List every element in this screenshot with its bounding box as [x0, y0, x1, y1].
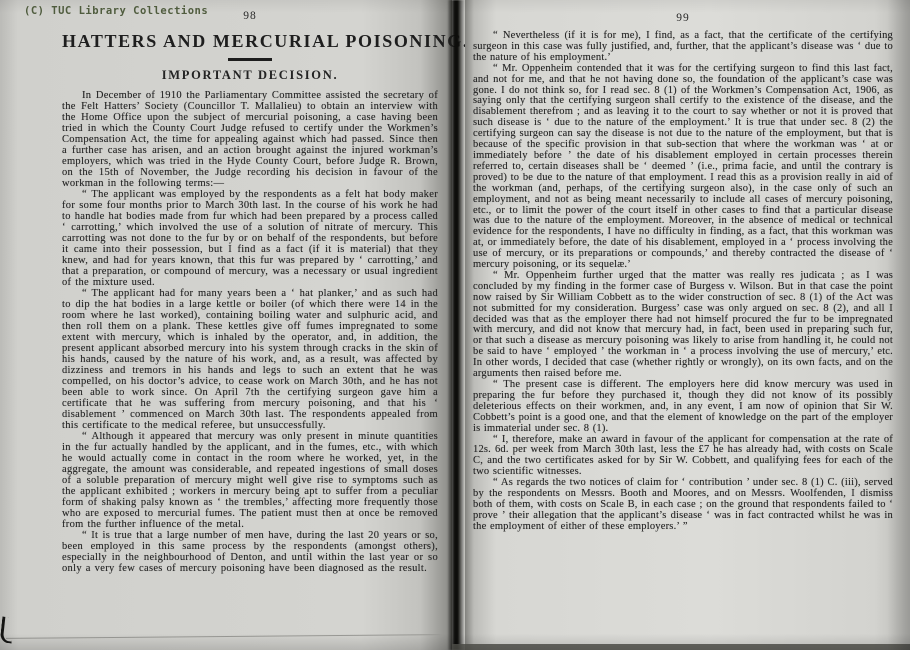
- paragraph: “ I, therefore, make an award in favour …: [473, 435, 893, 479]
- paragraph: “ Mr. Oppenheim further urged that the m…: [473, 271, 893, 380]
- copyright-watermark: (C) TUC Library Collections: [24, 5, 208, 17]
- paragraph: “ Mr. Oppenheim contended that it was fo…: [473, 64, 893, 271]
- paragraph: “ As regards the two notices of claim fo…: [473, 478, 893, 533]
- paragraph: “ The present case is different. The emp…: [473, 380, 893, 435]
- pen-corner-mark: [0, 616, 14, 643]
- page-edge-line: [6, 634, 442, 639]
- paragraph: “ The applicant was employed by the resp…: [62, 189, 438, 288]
- page-right: 99 “ Nevertheless (if it is for me), I f…: [465, 0, 910, 650]
- paragraph: “ Although it appeared that mercury was …: [62, 431, 438, 530]
- paragraph: “ It is true that a large number of men …: [62, 530, 438, 574]
- title-rule: [228, 58, 272, 61]
- book-gutter-shadow: [447, 0, 465, 650]
- page-left: 98 HATTERS AND MERCURIAL POISONING. IMPO…: [0, 0, 452, 650]
- scanned-book-spread: (C) TUC Library Collections 98 HATTERS A…: [0, 0, 910, 650]
- paragraph: “ Nevertheless (if it is for me), I find…: [473, 31, 893, 64]
- page-number-right: 99: [473, 12, 893, 24]
- article-subtitle: IMPORTANT DECISION.: [62, 68, 438, 83]
- article-title: HATTERS AND MERCURIAL POISONING.: [62, 31, 438, 52]
- paragraph: “ The applicant had for many years been …: [62, 288, 438, 431]
- scan-bottom-shadow: [452, 644, 910, 650]
- page-left-content: 98 HATTERS AND MERCURIAL POISONING. IMPO…: [62, 10, 438, 574]
- paragraph: In December of 1910 the Parliamentary Co…: [62, 90, 438, 189]
- page-right-content: 99 “ Nevertheless (if it is for me), I f…: [473, 12, 893, 533]
